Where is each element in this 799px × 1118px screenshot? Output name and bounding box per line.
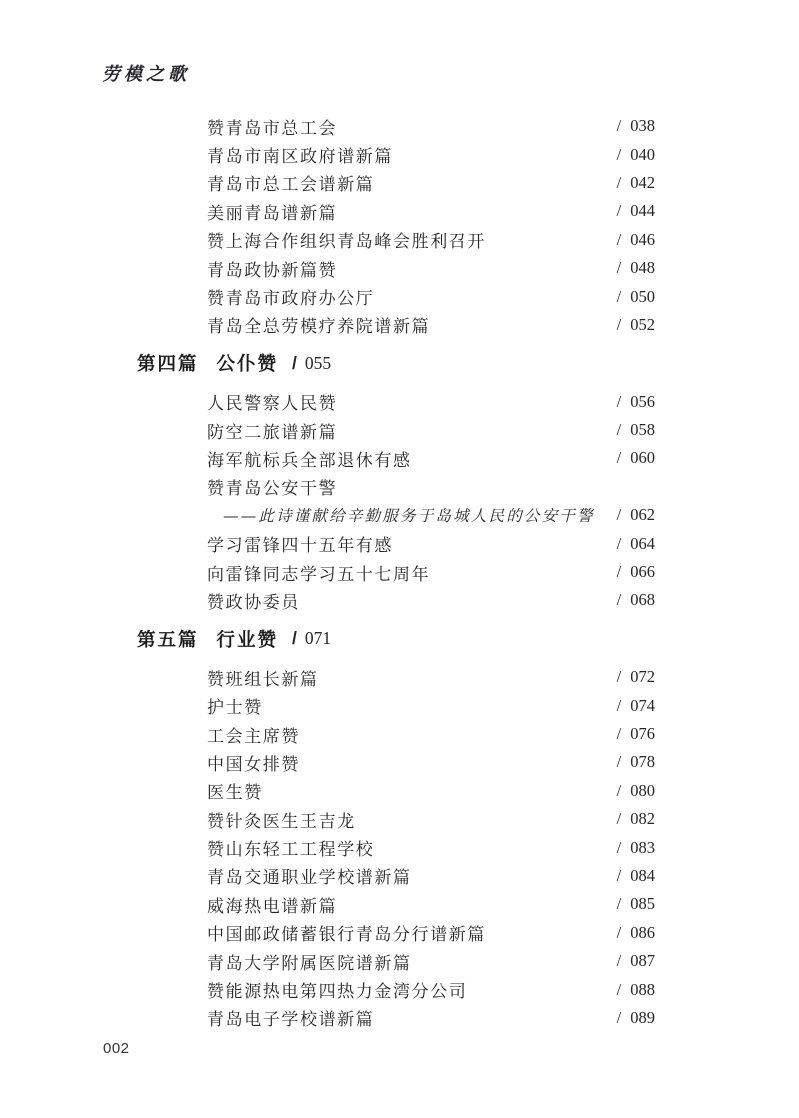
page-number-value: 078 bbox=[630, 752, 655, 771]
toc-entry-row: 美丽青岛谱新篇/044 bbox=[137, 197, 655, 225]
toc-entry-row: 青岛政协新篇赞/048 bbox=[137, 254, 655, 282]
toc-entry-row: 学习雷锋四十五年有感/064 bbox=[137, 529, 655, 557]
toc-entry-row: 青岛交通职业学校谱新篇/084 bbox=[137, 862, 655, 890]
entry-title: 人民警察人民赞 bbox=[207, 389, 337, 414]
toc-entry-row: 青岛全总劳模疗养院谱新篇/052 bbox=[137, 311, 655, 339]
entry-page-ref: /040 bbox=[617, 145, 655, 165]
page-number-value: 040 bbox=[630, 145, 655, 164]
page-separator: / bbox=[617, 287, 622, 307]
entry-title: 赞青岛公安干警 bbox=[207, 474, 337, 499]
section-label: 第五篇 bbox=[137, 626, 199, 652]
entry-title: 中国邮政储蓄银行青岛分行谱新篇 bbox=[207, 920, 486, 945]
page-separator: / bbox=[617, 201, 622, 221]
page-separator: / bbox=[617, 809, 622, 829]
toc-entry-row: 赞政协委员/068 bbox=[137, 586, 655, 614]
page-separator: / bbox=[617, 534, 622, 554]
toc-entry-row: 青岛市总工会谱新篇/042 bbox=[137, 169, 655, 197]
section-label: 第四篇 bbox=[137, 350, 199, 376]
entry-page-ref: /074 bbox=[617, 696, 655, 716]
entry-page-ref: /052 bbox=[617, 315, 655, 335]
page-number-value: 080 bbox=[630, 781, 655, 800]
page-number-value: 066 bbox=[630, 562, 655, 581]
entry-title: 海军航标兵全部退休有感 bbox=[207, 446, 412, 471]
toc-entry-row: 青岛大学附属医院谱新篇/087 bbox=[137, 947, 655, 975]
entry-title: 赞山东轻工工程学校 bbox=[207, 835, 374, 860]
entry-title: 青岛市南区政府谱新篇 bbox=[207, 142, 393, 167]
toc-entry-row: 海军航标兵全部退休有感/060 bbox=[137, 444, 655, 472]
page-separator: / bbox=[617, 258, 622, 278]
toc-entry-row: 向雷锋同志学习五十七周年/066 bbox=[137, 558, 655, 586]
page-separator: / bbox=[617, 392, 622, 412]
page-number-value: 088 bbox=[630, 980, 655, 999]
entry-title: 赞上海合作组织青岛峰会胜利召开 bbox=[207, 227, 486, 252]
page-separator: / bbox=[617, 980, 622, 1000]
toc-subentry-row: ——此诗谨献给辛勤服务于岛城人民的公安干警/062 bbox=[137, 501, 655, 529]
entry-page-ref: /068 bbox=[617, 590, 655, 610]
section-title: 公仆赞 bbox=[217, 350, 279, 376]
page-number-value: 055 bbox=[305, 353, 331, 373]
entry-page-ref: /044 bbox=[617, 201, 655, 221]
page-number-value: 048 bbox=[630, 258, 655, 277]
entry-page-ref: /048 bbox=[617, 258, 655, 278]
page-separator: / bbox=[617, 724, 622, 744]
entry-page-ref: /080 bbox=[617, 781, 655, 801]
toc-entry-row: 人民警察人民赞/056 bbox=[137, 388, 655, 416]
toc-entry-row: 赞青岛市政府办公厅/050 bbox=[137, 282, 655, 310]
entry-page-ref: /076 bbox=[617, 724, 655, 744]
entry-page-ref: /085 bbox=[617, 894, 655, 914]
page-separator: / bbox=[617, 838, 622, 858]
toc-entry-row: 赞班组长新篇/072 bbox=[137, 663, 655, 691]
page-separator: / bbox=[292, 628, 297, 649]
page-number-value: 082 bbox=[630, 809, 655, 828]
page-separator: / bbox=[292, 353, 297, 374]
page-separator: / bbox=[617, 667, 622, 687]
page-separator: / bbox=[617, 448, 622, 468]
page-separator: / bbox=[617, 145, 622, 165]
entry-title: 中国女排赞 bbox=[207, 750, 300, 775]
entry-title: 赞政协委员 bbox=[207, 588, 300, 613]
toc-section-heading: 第五篇行业赞/071 bbox=[137, 615, 655, 663]
entry-title: 美丽青岛谱新篇 bbox=[207, 199, 337, 224]
page-number-value: 046 bbox=[630, 230, 655, 249]
entry-title: 青岛大学附属医院谱新篇 bbox=[207, 949, 412, 974]
entry-page-ref: /083 bbox=[617, 838, 655, 858]
page-separator: / bbox=[617, 1008, 622, 1028]
entry-title: 学习雷锋四十五年有感 bbox=[207, 531, 393, 556]
book-toc-page: 劳模之歌 赞青岛市总工会/038青岛市南区政府谱新篇/040青岛市总工会谱新篇/… bbox=[0, 0, 799, 1118]
entry-title: 防空二旅谱新篇 bbox=[207, 418, 337, 443]
entry-page-ref: /042 bbox=[617, 173, 655, 193]
toc-entry-row: 中国女排赞/078 bbox=[137, 748, 655, 776]
section-title: 行业赞 bbox=[217, 626, 279, 652]
page-number-value: 064 bbox=[630, 534, 655, 553]
entry-page-ref: /086 bbox=[617, 923, 655, 943]
toc-entry-row: 青岛电子学校谱新篇/089 bbox=[137, 1004, 655, 1032]
entry-title: 护士赞 bbox=[207, 693, 263, 718]
entry-page-ref: /038 bbox=[617, 116, 655, 136]
toc-section-heading: 第四篇公仆赞/055 bbox=[137, 339, 655, 387]
running-header: 劳模之歌 bbox=[102, 60, 190, 86]
entry-dedication-title: ——此诗谨献给辛勤服务于岛城人民的公安干警 bbox=[223, 504, 595, 526]
entry-title: 赞班组长新篇 bbox=[207, 665, 319, 690]
page-separator: / bbox=[617, 420, 622, 440]
entry-page-ref: /060 bbox=[617, 448, 655, 468]
page-number-value: 086 bbox=[630, 923, 655, 942]
entry-title: 工会主席赞 bbox=[207, 722, 300, 747]
entry-page-ref: /062 bbox=[617, 505, 655, 525]
page-separator: / bbox=[617, 116, 622, 136]
page-number-value: 072 bbox=[630, 667, 655, 686]
page-separator: / bbox=[617, 315, 622, 335]
page-separator: / bbox=[617, 866, 622, 886]
entry-page-ref: /072 bbox=[617, 667, 655, 687]
page-separator: / bbox=[617, 173, 622, 193]
entry-page-ref: /089 bbox=[617, 1008, 655, 1028]
page-separator: / bbox=[617, 752, 622, 772]
entry-title: 赞青岛市政府办公厅 bbox=[207, 284, 374, 309]
toc-entry-row: 医生赞/080 bbox=[137, 777, 655, 805]
entry-page-ref: /088 bbox=[617, 980, 655, 1000]
entry-page-ref: /056 bbox=[617, 392, 655, 412]
page-number-value: 068 bbox=[630, 590, 655, 609]
page-number-value: 038 bbox=[630, 116, 655, 135]
page-number-value: 076 bbox=[630, 724, 655, 743]
entry-title: 向雷锋同志学习五十七周年 bbox=[207, 560, 430, 585]
entry-page-ref: /078 bbox=[617, 752, 655, 772]
entry-page-ref: /050 bbox=[617, 287, 655, 307]
section-page-ref: /071 bbox=[292, 628, 331, 649]
page-separator: / bbox=[617, 894, 622, 914]
entry-page-ref: /087 bbox=[617, 951, 655, 971]
page-separator: / bbox=[617, 696, 622, 716]
toc-entry-row: 护士赞/074 bbox=[137, 691, 655, 719]
page-number-value: 062 bbox=[630, 505, 655, 524]
entry-title: 青岛交通职业学校谱新篇 bbox=[207, 863, 412, 888]
entry-title: 青岛全总劳模疗养院谱新篇 bbox=[207, 312, 430, 337]
page-number-value: 074 bbox=[630, 696, 655, 715]
toc-entry-row: 青岛市南区政府谱新篇/040 bbox=[137, 140, 655, 168]
page-separator: / bbox=[617, 951, 622, 971]
section-page-ref: /055 bbox=[292, 353, 331, 374]
entry-title: 青岛政协新篇赞 bbox=[207, 256, 337, 281]
entry-title: 赞能源热电第四热力金湾分公司 bbox=[207, 977, 467, 1002]
toc-entry-row: 赞山东轻工工程学校/083 bbox=[137, 833, 655, 861]
page-number-value: 050 bbox=[630, 287, 655, 306]
page-number-value: 087 bbox=[630, 951, 655, 970]
entry-page-ref: /066 bbox=[617, 562, 655, 582]
page-separator: / bbox=[617, 230, 622, 250]
page-number-value: 044 bbox=[630, 201, 655, 220]
entry-title: 赞青岛市总工会 bbox=[207, 114, 337, 139]
toc-list: 赞青岛市总工会/038青岛市南区政府谱新篇/040青岛市总工会谱新篇/042美丽… bbox=[137, 112, 655, 1032]
toc-entry-row: 赞青岛市总工会/038 bbox=[137, 112, 655, 140]
page-number-value: 060 bbox=[630, 448, 655, 467]
toc-entry-row: 威海热电谱新篇/085 bbox=[137, 890, 655, 918]
toc-entry-row: 赞能源热电第四热力金湾分公司/088 bbox=[137, 975, 655, 1003]
page-number-value: 089 bbox=[630, 1008, 655, 1027]
entry-page-ref: /046 bbox=[617, 230, 655, 250]
toc-entry-row: 工会主席赞/076 bbox=[137, 720, 655, 748]
page-number-value: 042 bbox=[630, 173, 655, 192]
entry-page-ref: /084 bbox=[617, 866, 655, 886]
page-number-value: 084 bbox=[630, 866, 655, 885]
toc-entry-row: 防空二旅谱新篇/058 bbox=[137, 416, 655, 444]
page-number-value: 083 bbox=[630, 838, 655, 857]
entry-title: 青岛电子学校谱新篇 bbox=[207, 1005, 374, 1030]
page-separator: / bbox=[617, 590, 622, 610]
entry-page-ref: /064 bbox=[617, 534, 655, 554]
page-separator: / bbox=[617, 923, 622, 943]
entry-page-ref: /082 bbox=[617, 809, 655, 829]
entry-title: 威海热电谱新篇 bbox=[207, 892, 337, 917]
page-separator: / bbox=[617, 562, 622, 582]
toc-entry-row: 赞上海合作组织青岛峰会胜利召开/046 bbox=[137, 226, 655, 254]
toc-entry-row: 赞针灸医生王吉龙/082 bbox=[137, 805, 655, 833]
toc-entry-row: 中国邮政储蓄银行青岛分行谱新篇/086 bbox=[137, 919, 655, 947]
entry-title: 医生赞 bbox=[207, 778, 263, 803]
entry-title: 青岛市总工会谱新篇 bbox=[207, 170, 374, 195]
entry-page-ref: /058 bbox=[617, 420, 655, 440]
entry-title: 赞针灸医生王吉龙 bbox=[207, 807, 356, 832]
toc-entry-row: 赞青岛公安干警 bbox=[137, 473, 655, 501]
page-number-value: 056 bbox=[630, 392, 655, 411]
page-separator: / bbox=[617, 505, 622, 525]
page-separator: / bbox=[617, 781, 622, 801]
page-number-value: 071 bbox=[305, 628, 331, 648]
page-number: 002 bbox=[103, 1040, 130, 1057]
page-number-value: 052 bbox=[630, 315, 655, 334]
page-number-value: 058 bbox=[630, 420, 655, 439]
page-number-value: 085 bbox=[630, 894, 655, 913]
